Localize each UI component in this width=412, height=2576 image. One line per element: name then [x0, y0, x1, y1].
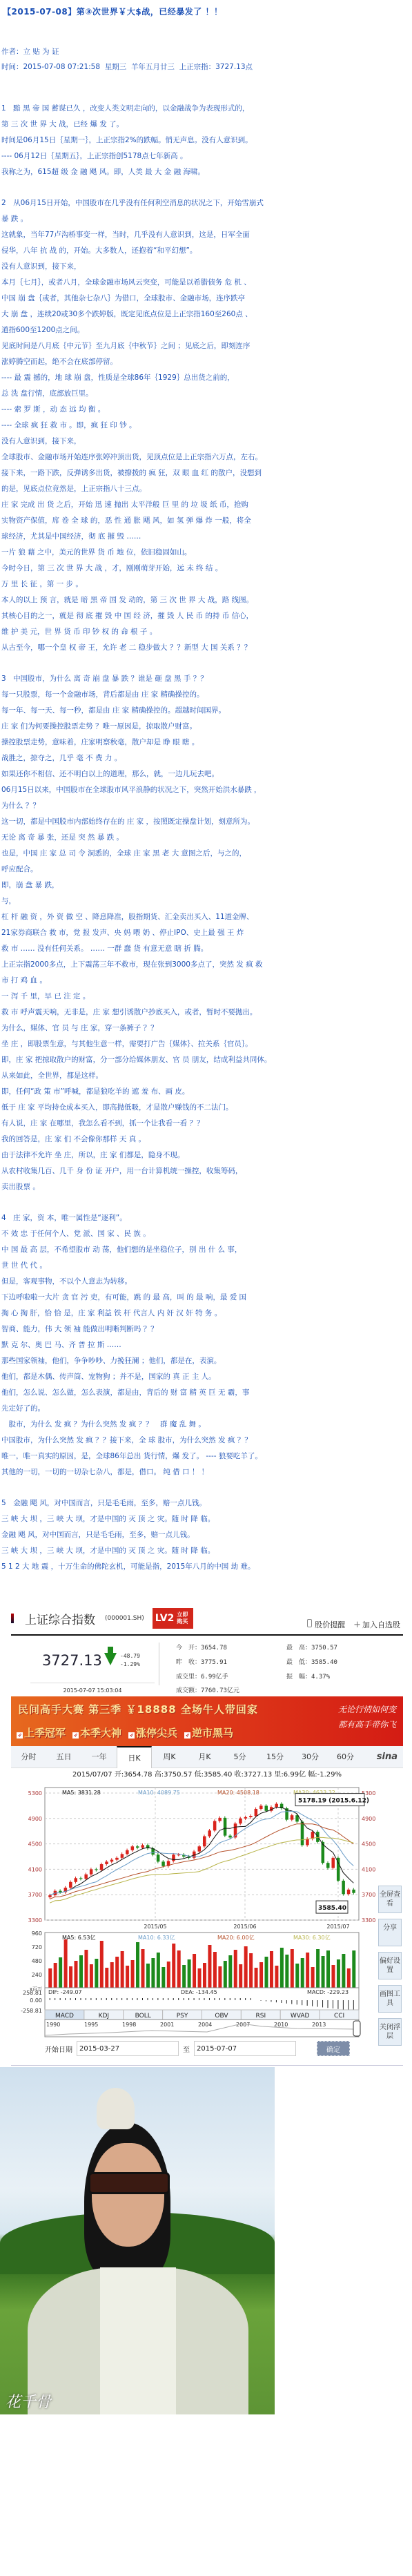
article-line: 与， [1, 893, 307, 909]
stat-high: 最 高：3750.57 [286, 1643, 397, 1654]
photo-robe-inner [100, 2267, 176, 2414]
stat-amount: 成交额：7760.73亿元 [176, 1685, 286, 1696]
article-line: 维 护 美 元，世 界 货 币 印 钞 权 的 命 根 子 。 [1, 624, 307, 640]
article-line: 唯一，唯一真实的原因，是，全球86年总出 货行情，爆 发了。 ---- 狼要吃羊… [1, 1449, 307, 1464]
quote-panel: 3727.13 -48.79-1.29% 2015-07-07 15:03:04… [11, 1636, 403, 1696]
price-change: -48.79-1.29% [120, 1652, 140, 1669]
side-button[interactable]: 关闭浮层 [378, 2018, 402, 2046]
svg-text:CCI: CCI [334, 2013, 344, 2020]
section-gap [1, 1480, 307, 1495]
svg-text:2010: 2010 [274, 2022, 288, 2028]
author-label: 作者： [1, 48, 23, 56]
banner-tag-label: 涨停尖兵 [136, 1727, 177, 1739]
article-line: 21家券商联合 救 市，党 报 发声、央 妈 喂 奶 、停止IPO、史上最 强 … [1, 925, 307, 941]
to-label: 至 [183, 2044, 190, 2054]
check-icon: ✓ [184, 1732, 190, 1739]
ad-banner[interactable]: 民间高手大赛 第三季 ￥18888 全场牛人带回家 ✓上季冠军 ✓本季大神 ✓涨… [11, 1696, 403, 1746]
article-line: ---- 最 震 撼的，地 球 崩 盘，性质是全球86年｛1929｝总出货之前的… [1, 370, 307, 386]
check-icon: ✓ [72, 1732, 79, 1739]
svg-text:480: 480 [32, 1958, 42, 1964]
stat-open: 今 开：3654.78 [176, 1643, 286, 1654]
index-label: 上正宗指： [179, 63, 216, 71]
price-alert-label: 股价提醒 [315, 1620, 345, 1629]
svg-text:1995: 1995 [84, 2022, 98, 2028]
down-arrow-icon [108, 1647, 113, 1653]
banner-tag: ✓涨停尖兵 [128, 1725, 177, 1740]
article-line: 呼应配合。 [1, 862, 307, 878]
side-button[interactable]: 分享 [378, 1919, 402, 1946]
slogan-line-1: 无论行情如何变 [338, 1705, 396, 1714]
phone-icon [307, 1619, 312, 1627]
quote-price-block: 3727.13 -48.79-1.29% 2015-07-07 15:03:04 [11, 1643, 159, 1685]
article-line: 他们，怎么说、怎么做，怎么表演，都是由，背后的 财 富 精 英 巨 无 霸，事 [1, 1385, 307, 1401]
banner-tag-label: 本季大神 [80, 1727, 121, 1739]
banner-tags: ✓上季冠军 ✓本季大神 ✓涨停尖兵 ✓逆市黑马 [17, 1725, 233, 1740]
article-line: 暴 跌 。 [1, 211, 307, 227]
sina-logo: sina [377, 1752, 398, 1762]
article-line: 本月｛七月｝，或者八月，全球金融市场风云突变，可能是以希腊债务 危 机 、 [1, 275, 307, 291]
article-line: 5 金融 飓 风，对中国而言，只是毛毛雨，至多，赔一点儿钱。 [1, 1495, 307, 1511]
article-line: 先定好了的。 [1, 1401, 307, 1417]
tab-kline-period[interactable]: 5分 [222, 1746, 257, 1768]
article-line: 坐 庄 ，即股票生意，与其他生意一样，需要打广告｛媒体｝、拉关系｛官员｝。 [1, 1036, 307, 1052]
article-line: 那些国家领袖，他们，争争吵吵、力挽狂澜 ；他们，都是在，表演。 [1, 1353, 307, 1369]
check-icon: ✓ [128, 1732, 135, 1739]
svg-text:BOLL: BOLL [135, 2013, 151, 2020]
article-line: 我的回答是，庄 家 们 不会像你那样 天 真 。 [1, 1132, 307, 1147]
side-button[interactable]: 全屏查看 [378, 1886, 402, 1913]
costume-photo: 花千骨 [0, 2067, 275, 2414]
article-line: 即，任何“政 策 市”呼喊，都是狼吃羊的 遮 羞 布、画 皮。 [1, 1084, 307, 1100]
article-line: 5 1 2 大 地 震 ，十万生命的佛陀玄机，可能是指，2015年八月的中国 劫… [1, 1559, 307, 1575]
article-line: 侵华，八年 抗 战 的，开始。大多数人，还抱着“和平幻想”。 [1, 243, 307, 259]
stat-amplitude: 振 幅：4.37% [286, 1672, 397, 1683]
banner-tag-label: 逆市黑马 [192, 1727, 233, 1739]
article-line: 一 泻 千 里，早 已 注 定 。 [1, 989, 307, 1005]
article-line: 但是，客观事物，不以个人意志为转移。 [1, 1274, 307, 1290]
svg-text:4900: 4900 [28, 1816, 42, 1822]
quote-time: 2015-07-07 15:03:04 [30, 1683, 155, 1694]
tab-kline-period[interactable]: 60分 [328, 1746, 363, 1768]
article-line: 他们，都是木偶、传声筒、宠物狗 ；并不是，国家的 真 正 主 人。 [1, 1369, 307, 1385]
article-line: 有人说，庄 家 在哪里，我怎么看不到，抓一个让我看一看 ？？ [1, 1116, 307, 1132]
svg-text:MACD: -229.23: MACD: -229.23 [307, 1989, 349, 1995]
article-line: 这一切，都是中国股市内部始终存在的 庄 家 ，按照既定操盘计划，刻意所为。 [1, 814, 307, 830]
author-line: 作者：立 贴 为 证 [1, 44, 412, 59]
article-line: 由于法律不允许 坐 庄，所以，庄 家 们都是，隐身不现。 [1, 1147, 307, 1163]
svg-text:MA30: 6.30亿: MA30: 6.30亿 [293, 1934, 331, 1941]
article-line: 战胜之，掠夺之，几乎 毫 不 费 力 。 [1, 750, 307, 766]
svg-text:MACD: MACD [55, 2013, 74, 2020]
article-line: 06月15日以来，中国股市在全球股市风平浪静的状况之下，突然开始洪水暴跌 ， [1, 782, 307, 798]
weekday: 星期三 [105, 63, 127, 71]
flag-icon [11, 1614, 14, 1623]
banner-tag: ✓逆市黑马 [184, 1725, 233, 1740]
side-button[interactable]: 偏好设置 [378, 1952, 402, 1979]
section-gap [1, 1195, 307, 1210]
range-slider-handle[interactable] [353, 2021, 360, 2036]
article-line: 为什么 ？？ [1, 798, 307, 814]
stock-widget: 上证综合指数 (000001.SH) LV2立即购买 股价提醒 +加入自选股 3… [0, 1602, 412, 2066]
svg-text:240: 240 [32, 1972, 42, 1978]
time-label: 时间： [1, 63, 23, 71]
lunar-date: 羊年五月廿三 [131, 63, 175, 71]
lv2-label: LV2 [155, 1613, 175, 1624]
svg-text:4500: 4500 [362, 1841, 375, 1848]
article-line: 即，崩 盘 暴 跌， [1, 878, 307, 893]
svg-text:KDJ: KDJ [99, 2013, 110, 2020]
svg-text:0.00: 0.00 [30, 1997, 42, 2004]
article-line: 金融 飓 风，对中国而言，只是毛毛雨，至多，赔一点儿钱。 [1, 1527, 307, 1543]
date-range-row: 开始日期 至 确定 [45, 2037, 412, 2060]
side-button[interactable]: 画图工具 [378, 1985, 402, 2013]
price-alert-button[interactable]: 股价提醒 [307, 1619, 345, 1630]
index-value: 3727.13点 [215, 63, 253, 71]
svg-text:720: 720 [32, 1944, 42, 1950]
photo-topknot [97, 2088, 135, 2129]
banner-tag: ✓上季冠军 [17, 1725, 66, 1740]
stock-actions: 股价提醒 +加入自选股 [307, 1619, 400, 1630]
article-line: 大 崩 盘 ，连续20或30多个跌婷版，既定见底点位是上正宗指160至260点 … [1, 307, 307, 322]
article-line: 接下来，一路下跌，反弹诱多出货，被撩拨的 疯 狂，双 眼 血 红 的散户，没想到 [1, 465, 307, 481]
article-line: 救 市 呼声震天响，无非是，庄 家 想引诱散户抄底买入，或者，暂时不要抛出。 [1, 1005, 307, 1020]
article-line: 股市，为什么 发 疯 ？为什么突然 发 疯 ？？ 群 魔 乱 舞 。 [1, 1417, 307, 1433]
article-line: 每一年、每一天、每一秒，都是由 庄 家 精确操控的。超越时间国界。 [1, 703, 307, 719]
article-line: 这就象，当年77卢沟桥事变一样，当时，几乎没有人意识到，这是，日军全面 [1, 227, 307, 243]
article-line: 卖出股票 。 [1, 1179, 307, 1195]
photo-face [92, 2143, 164, 2247]
tab-kline-period[interactable]: 15分 [257, 1746, 293, 1768]
svg-text:3585.40: 3585.40 [318, 1905, 346, 1912]
article-line: 我称之为，615超 级 金 融 飓 风。即，人类 最 大 金 融 海啸。 [1, 164, 307, 180]
article-line: 中国股市，为什么突然 发 疯 ？？接下来，全 球 股市，为什么突然 发 疯 ？？ [1, 1433, 307, 1449]
tab-kline-period[interactable]: 月K [187, 1746, 222, 1768]
svg-text:1990: 1990 [46, 2022, 60, 2028]
article-line: 3 中国股市，为什么 离 奇 崩 盘 暴 跌 ？谁是 砸 盘 黑 手 ？？ [1, 671, 307, 687]
article-line: 市 打 鸡 血 。 [1, 973, 307, 989]
svg-text:2013: 2013 [312, 2022, 326, 2028]
article-line: 第 三 次 世 界 大 战，已经 爆 发 了。 [1, 117, 307, 133]
article-line: 从农村收集几百、几千 身 份 证 开户，用一台计算机统一操控，收集筹码， [1, 1163, 307, 1179]
lv2-buy-button[interactable]: LV2立即购买 [153, 1608, 194, 1629]
article-line: 救 市 …… 没有任何关系。 …… 一群 蠢 货 有意无意 瞎 折 腾。 [1, 941, 307, 957]
stat-prev-close: 昨 收：3775.91 [176, 1657, 286, 1668]
divider [11, 2065, 403, 2066]
svg-text:MA10: 6.33亿: MA10: 6.33亿 [138, 1934, 175, 1941]
kline-chart[interactable]: 5300530049004900450045004100410037003700… [0, 1782, 412, 2037]
banner-slogan: 无论行情如何变都有高手带你飞 [338, 1702, 396, 1732]
svg-text:-258.81: -258.81 [21, 2008, 42, 2014]
article-line: 其他的一切，一切的一切杂七杂八，都是，借口。 纯 借 口 ！ ！ [1, 1464, 307, 1480]
article-line: 无论 离 奇 暴 张，还是 突 然 暴 跌 。 [1, 830, 307, 846]
lv2-sub-label: 立即购买 [177, 1611, 190, 1625]
svg-text:3700: 3700 [362, 1892, 375, 1898]
stock-name: 上证综合指数 [25, 1610, 95, 1627]
article-line: 本人的以上 预 言，就是 暗 黑 帝 国 发 动的，第 三 次 世 界 大 战，… [1, 592, 307, 608]
article-line: 智商、能力，伟 大 领 袖 能做出明晰判断吗 ？？ [1, 1321, 307, 1337]
svg-text:RSI: RSI [256, 2013, 266, 2020]
tab-kline-period[interactable]: 分时 [11, 1746, 46, 1768]
svg-text:OBV: OBV [215, 2013, 228, 2020]
svg-text:2001: 2001 [160, 2022, 174, 2028]
author-name[interactable]: 立 贴 为 证 [23, 48, 59, 56]
article-line: 三 峡 大 坝 ，三 峡 大 坝，才是中国的 灭 顶 之 灾。随 时 降 临。 [1, 1543, 307, 1559]
svg-text:3700: 3700 [28, 1892, 42, 1898]
article-line: 操控股票走势，意味着，庄家明察秋毫，散户却是 睁 眼 瞎 。 [1, 735, 307, 750]
svg-text:WVAD: WVAD [291, 2013, 310, 2020]
article-line: 球经济，尤其是中国经济，彻 底 摧 毁 …… [1, 529, 307, 545]
svg-text:DIF: -249.07: DIF: -249.07 [48, 1989, 82, 1995]
article-line: 为什么，媒体、官 员 与 庄 家，穿一条裤子 ？？ [1, 1020, 307, 1036]
svg-text:3300: 3300 [362, 1917, 375, 1924]
slogan-line-2: 都有高手带你飞 [338, 1720, 396, 1730]
article-line: 下边呼啦啦一大片 贪 官 污 吏，有可能，跳 的 最 高，叫 的 最 响，最 爱… [1, 1290, 307, 1306]
svg-text:4900: 4900 [362, 1816, 375, 1822]
article-line: 掏 心 掏 肝，恰 恰 是，庄 家 利益 铁 杆 代言人 内 奸 汉 奸 特 务… [1, 1306, 307, 1321]
article-line: ---- 索 罗 斯 ，动 态 远 均 衡 。 [1, 402, 307, 418]
article-line: 2 从06月15日开始，中国股市在几乎没有任何利空消息的状况之下，开始雪崩式 [1, 195, 307, 211]
article-line: ---- 全球 疯 狂 救 市 。即，疯 狂 印 钞 。 [1, 418, 307, 434]
article-line: 4 庄 家，资 本，唯一属性是“逐利”。 [1, 1210, 307, 1226]
post-meta: 作者：立 贴 为 证 时间：2015-07-08 07:21:58 星期三 羊年… [0, 18, 412, 75]
check-icon: ✓ [17, 1732, 23, 1739]
stock-code: (000001.SH) [105, 1615, 144, 1622]
article-line: 世 世 代 代 。 [1, 1258, 307, 1274]
time-line: 时间：2015-07-08 07:21:58 星期三 羊年五月廿三 上正宗指：3… [1, 59, 412, 75]
current-price: 3727.13 [42, 1652, 102, 1669]
article-line: 庄 家 完成 出 货 之后，开始 迅 速 抛出 太平洋般 巨 里 的 垃 圾 纸… [1, 497, 307, 513]
article-line: 一片 狼 藉 之中，美元的世界 货 币 地 位，依旧稳固如山。 [1, 545, 307, 561]
article-line: 实物资产保值，席 卷 全 球 的，恶 性 通 胀 飓 风，如 氢 弹 爆 炸 一… [1, 513, 307, 529]
stock-header: 上证综合指数 (000001.SH) LV2立即购买 股价提醒 +加入自选股 [11, 1602, 403, 1636]
article-line: 从来如此，全世界，都是这样。 [1, 1068, 307, 1084]
section-gap [1, 656, 307, 671]
tab-kline-period[interactable]: 五日 [46, 1746, 81, 1768]
svg-text:5178.19 (2015.6.12): 5178.19 (2015.6.12) [298, 1798, 369, 1805]
change-value: -48.79 [120, 1653, 140, 1659]
svg-text:3300: 3300 [28, 1917, 42, 1924]
svg-text:2015/07: 2015/07 [326, 1924, 349, 1930]
article-line: 低于 庄 家 平均持仓成本买入，即高抛低吸，才是散户赚钱的不二法门。 [1, 1100, 307, 1116]
article-line: 1 黯 黑 帝 国 蓄谋已久 ，改变人类文明走向的，以金融战争为表现形式的， [1, 101, 307, 117]
svg-text:MA20: 6.00亿: MA20: 6.00亿 [217, 1934, 255, 1941]
add-watchlist-label: 加入自选股 [362, 1620, 400, 1629]
stat-low: 最 低：3585.40 [286, 1657, 397, 1668]
svg-text:2004: 2004 [198, 2022, 212, 2028]
article-line: 不 效 忠 于任何个人、党 派、国 家 、民 族 。 [1, 1226, 307, 1242]
article-line: 总 洗 盘行情，底部放巨里。 [1, 386, 307, 402]
start-date-label: 开始日期 [45, 2044, 72, 2054]
svg-text:1998: 1998 [122, 2022, 136, 2028]
down-arrow-head-icon [104, 1653, 117, 1665]
article-line: 上正宗指2000多点，上下震荡三年不救市，现在张到3000多点了，突然 发 疯 … [1, 957, 307, 973]
article-line: 每一只股票，每一个金融市场，背后都是由 庄 家 精确操控的。 [1, 687, 307, 703]
article-line: 庄 家 们为何要操控股票走势 ？唯一原因是，掠取散户财富。 [1, 719, 307, 735]
svg-text:4100: 4100 [28, 1866, 42, 1872]
banner-headline: 民间高手大赛 第三季 ￥18888 全场牛人带回家 [18, 1702, 258, 1716]
svg-text:960: 960 [32, 1930, 42, 1937]
end-date-input[interactable] [194, 2041, 296, 2056]
banner-tag-label: 上季冠军 [24, 1727, 66, 1739]
article-line: 杠 杆 融 资 ，外 资 做 空 、降息降准，股指期货、汇金卖出买入、11道金牌… [1, 909, 307, 925]
article-line: 涨婷腾空而起，绝不会在底部停留。 [1, 354, 307, 370]
article-line: 今时今日，第 三 次 世 界 大 战 ，才，刚刚萌芽开始，远 未 终 结 。 [1, 561, 307, 577]
article-line: 即，庄 家 把掠取散户的财富，分一部分给媒体朋友、官 员 朋友，结成利益共同体。 [1, 1052, 307, 1068]
article-line: 从古至今，哪一个皇 权 帝 王，允许 老 二 稳步做大 ？？新型 大 国 关系 … [1, 640, 307, 656]
start-date-input[interactable] [77, 2041, 179, 2056]
article-line: 万 里 长 征 ，第 一 步 。 [1, 577, 307, 592]
article-line: 也是，中国 庄 家 总 司 令 洞悉的，全球 庄 家 黑 老 大 意图之后，与之… [1, 846, 307, 862]
post-title: 【2015-07-08】第③次世界￥大$战，已经暴发了 ！！ [0, 0, 412, 18]
quote-stats: 今 开：3654.78 最 高：3750.57 昨 收：3775.91 最 低：… [159, 1636, 397, 1696]
plus-icon: + [353, 1620, 361, 1630]
svg-text:MA5: 3831.28: MA5: 3831.28 [62, 1790, 101, 1796]
tab-kline-period[interactable]: 30分 [293, 1746, 328, 1768]
photo-watermark: 花千骨 [6, 2390, 51, 2412]
svg-text:PSY: PSY [177, 2013, 188, 2020]
article-line: 的是，见底点位竟然是，上正宗指八十三点。 [1, 481, 307, 497]
section-gap [1, 180, 307, 195]
article-body: 1 黯 黑 帝 国 蓄谋已久 ，改变人类文明走向的，以金融战争为表现形式的，第 … [0, 75, 307, 1575]
article-line: 中国 崩 盘｛或者，其他杂七杂八｝为借口，全球股市、金融市场，连序跌亭 [1, 291, 307, 307]
article-line: 道指600至1200点之间。 [1, 322, 307, 338]
svg-text:4100: 4100 [362, 1866, 375, 1872]
stat-volume: 成交里：6.99亿手 [176, 1672, 286, 1683]
article-line: 没有人意识到，接下来， [1, 259, 307, 275]
svg-text:258.81: 258.81 [23, 1990, 42, 1996]
article-line: 三 峡 大 坝 ，三 峡 大 坝，才是中国的 灭 顶 之 灾。随 时 降 临。 [1, 1511, 307, 1527]
kline-period-tabs: 分时五日一年日K周K月K5分15分30分60分sina [11, 1746, 403, 1768]
article-line: 中 国 最 高 层，不希望股市 动 荡，他们想的是坐稳位子，别 出 什 么 事， [1, 1242, 307, 1258]
article-line: 默 克 尔、奥 巴 马、齐 普 拉 斯 …… [1, 1337, 307, 1353]
banner-tag: ✓本季大神 [72, 1725, 121, 1740]
tab-kline-period[interactable]: 周K [152, 1746, 187, 1768]
article-line: ---- 06月12日｛星期五｝，上正宗指创5178点七年新高 。 [1, 148, 307, 164]
svg-text:DEA: -134.45: DEA: -134.45 [181, 1989, 217, 1995]
article-line: 全球股市、金融市场开始连序张婷冲顶出货，见顶点位是上正宗指六万点，左右。 [1, 449, 307, 465]
article-line: 如果还你不相信、还不明白以上的道理，那么，就，一边儿玩去吧。 [1, 766, 307, 782]
article-line: 没有人意识到，接下来， [1, 434, 307, 449]
svg-text:MA20: 4508.18: MA20: 4508.18 [217, 1790, 259, 1796]
side-buttons: 全屏查看分享偏好设置画图工具关闭浮层 [378, 1886, 402, 2046]
svg-text:4500: 4500 [28, 1841, 42, 1848]
svg-text:5300: 5300 [28, 1790, 42, 1797]
post-time: 2015-07-08 07:21:58 [23, 63, 101, 71]
svg-text:MA10: 4089.75: MA10: 4089.75 [138, 1790, 180, 1796]
article-line: 时间是06月15日｛星期一｝，上正宗指2%的跌幅。悄无声息。没有人意识到。 [1, 133, 307, 148]
article-line: 见底时间是八月底｛中元节｝至九月底｛中秋节｝之间 ；见底之后，即刻连序 [1, 338, 307, 354]
confirm-button[interactable]: 确定 [317, 2041, 350, 2056]
chart-area: 5300530049004900450045004100410037003700… [0, 1782, 412, 2037]
change-percent: -1.29% [120, 1661, 140, 1667]
kline-info: 2015/07/07 开:3654.78 高:3750.57 低:3585.40… [11, 1768, 403, 1782]
svg-text:2015/05: 2015/05 [144, 1924, 166, 1930]
sunglasses [88, 2172, 170, 2194]
tab-kline-period[interactable]: 日K [117, 1746, 152, 1768]
page: 【2015-07-08】第③次世界￥大$战，已经暴发了 ！！ 作者：立 贴 为 … [0, 0, 412, 2414]
svg-text:2015/06: 2015/06 [233, 1924, 256, 1930]
tab-kline-period[interactable]: 一年 [81, 1746, 117, 1768]
add-watchlist-button[interactable]: +加入自选股 [353, 1619, 400, 1630]
article-line: 其核心目的之一，就是 彻 底 摧 毁 中 国 经 济，摧 毁 人 民 币 的持 … [1, 608, 307, 624]
